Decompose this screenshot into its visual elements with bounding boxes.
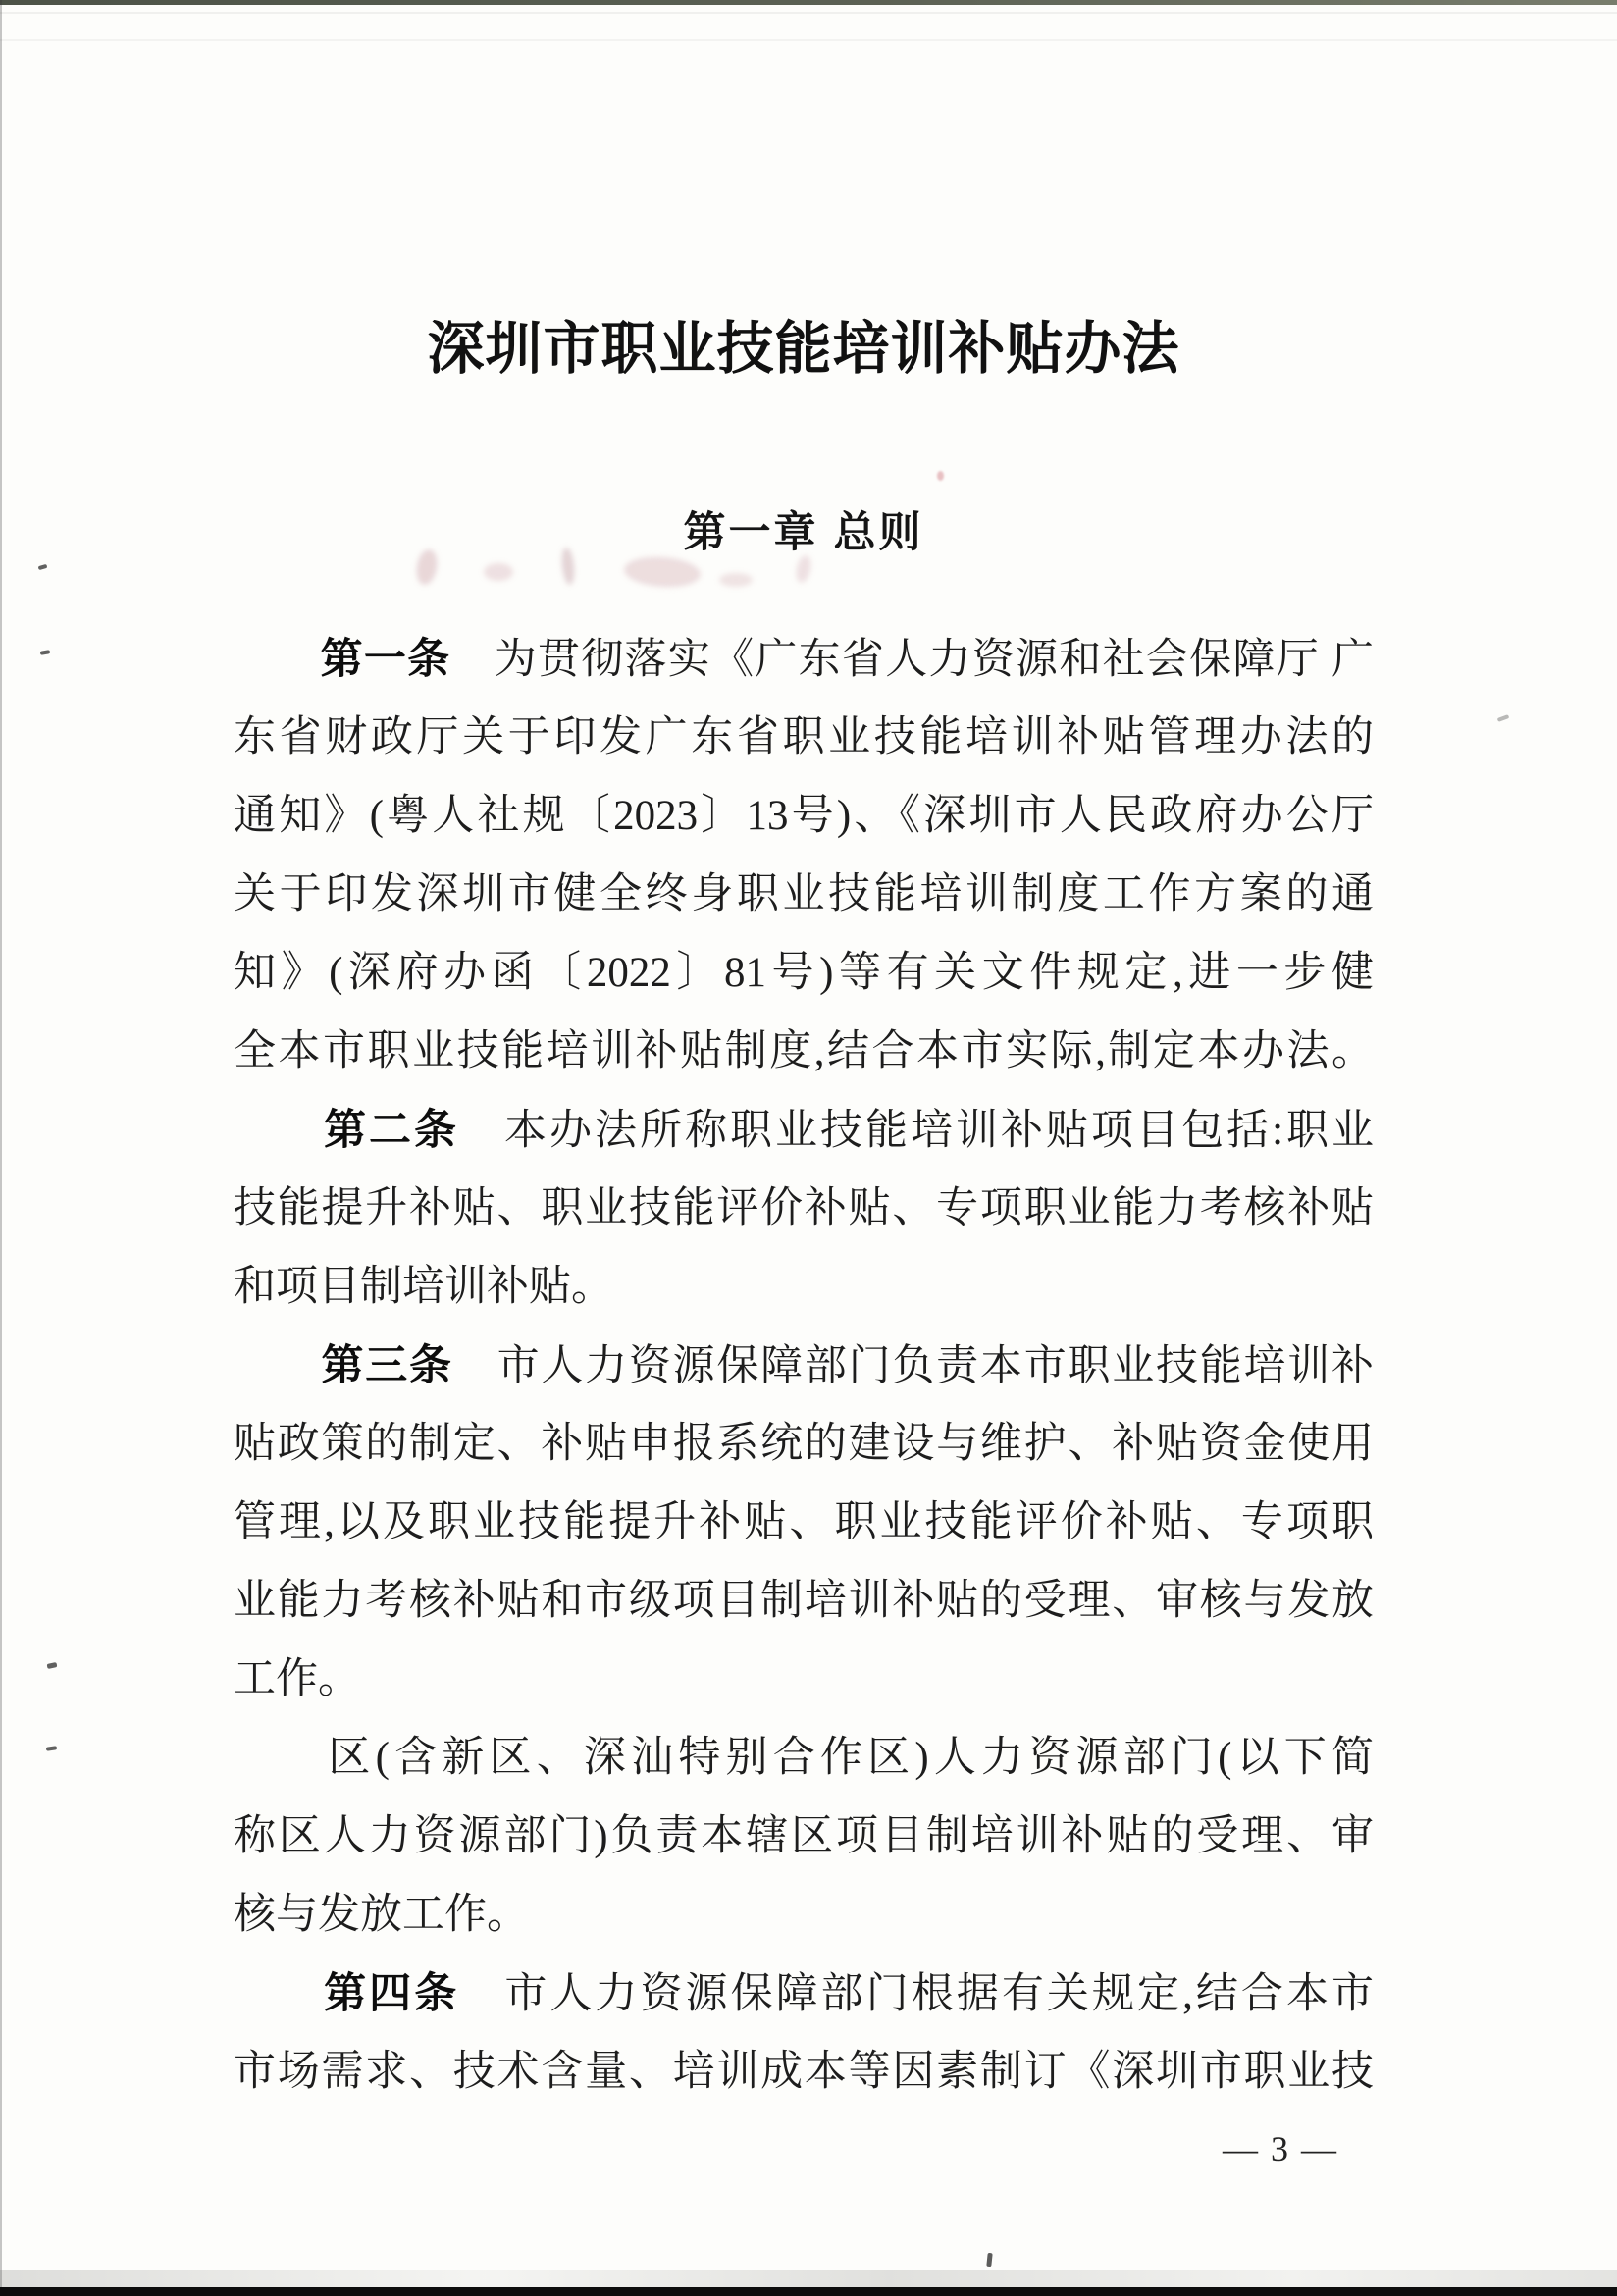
scan-edge-top (0, 0, 1617, 5)
body-text: 为贯彻落实《广东省人力资源和社会保障厅 广 (450, 637, 1374, 683)
body-line: 知》(深府办函〔2022〕81号)等有关文件规定,进一步健 (234, 934, 1374, 1013)
scan-faint-line (0, 39, 1617, 41)
scan-edge-top-shadow (0, 12, 1617, 14)
document-page: 深圳市职业技能培训补贴办法 第一章 总则 第一条 为贯彻落实《广东省人力资源和社… (0, 0, 1617, 2296)
scan-edge-bottom (0, 2287, 1617, 2296)
body-line: 关于印发深圳市健全终身职业技能培训制度工作方案的通 (234, 856, 1374, 934)
body-text: 关于印发深圳市健全终身职业技能培训制度工作方案的通 (234, 871, 1374, 917)
scan-edge-bottom-gray (0, 2270, 1617, 2288)
dust-speck (38, 564, 48, 570)
body-text: 市场需求、技术含量、培训成本等因素制订《深圳市职业技 (234, 2049, 1374, 2095)
body-line: 贴政策的制定、补贴申报系统的建设与维护、补贴资金使用 (234, 1405, 1374, 1484)
body-text: 核与发放工作。 (234, 1892, 529, 1938)
scan-smudge (623, 554, 702, 589)
scan-smudge (937, 471, 944, 481)
body-text: 和项目制培训补贴。 (234, 1264, 613, 1310)
dust-speck (47, 1662, 58, 1669)
chapter-heading: 第一章 总则 (234, 506, 1374, 559)
body-text: 东省财政厅关于印发广东省职业技能培训补贴管理办法的 (234, 714, 1374, 760)
body-text: 全本市职业技能培训补贴制度,结合本市实际,制定本办法。 (234, 1028, 1374, 1074)
article-label: 第三条 (322, 1342, 453, 1389)
body-line: 业能力考核补贴和市级项目制培训补贴的受理、审核与发放 (234, 1562, 1374, 1641)
body-line: 第一条 为贯彻落实《广东省人力资源和社会保障厅 广 (234, 620, 1374, 699)
article-label: 第一条 (321, 636, 451, 683)
dust-speck (40, 650, 51, 655)
body-line: 技能提升补贴、职业技能评价补贴、专项职业能力考核补贴 (234, 1170, 1374, 1248)
body-line: 管理,以及职业技能提升补贴、职业技能评价补贴、专项职 (234, 1484, 1374, 1562)
article-label: 第二条 (324, 1107, 459, 1154)
body-line: 工作。 (234, 1641, 1374, 1719)
body-line: 市场需求、技术含量、培训成本等因素制订《深圳市职业技 (234, 2033, 1374, 2112)
body-text: 称区人力资源部门)负责本辖区项目制培训补贴的受理、审 (234, 1813, 1374, 1859)
document-body: 第一条 为贯彻落实《广东省人力资源和社会保障厅 广东省财政厅关于印发广东省职业技… (234, 620, 1374, 2112)
body-line: 第四条 市人力资源保障部门根据有关规定,结合本市 (234, 1955, 1374, 2033)
body-text: 市人力资源保障部门根据有关规定,结合本市 (459, 1971, 1374, 2017)
scan-smudge (484, 563, 513, 581)
body-text: 区(含新区、深汕特别合作区)人力资源部门(以下简 (234, 1735, 1374, 1781)
dust-speck (1497, 714, 1510, 722)
body-text: 通知》(粤人社规〔2023〕13号)、《深圳市人民政府办公厅 (234, 793, 1374, 839)
body-line: 东省财政厅关于印发广东省职业技能培训补贴管理办法的 (234, 699, 1374, 777)
body-text: 知》(深府办函〔2022〕81号)等有关文件规定,进一步健 (234, 950, 1374, 996)
body-line: 第二条 本办法所称职业技能培训补贴项目包括:职业 (234, 1091, 1374, 1170)
body-line: 核与发放工作。 (234, 1876, 1374, 1955)
document-title: 深圳市职业技能培训补贴办法 (234, 315, 1374, 384)
body-text: 管理,以及职业技能提升补贴、职业技能评价补贴、专项职 (234, 1499, 1374, 1545)
body-text (234, 1108, 324, 1154)
body-line: 第三条 市人力资源保障部门负责本市职业技能培训补 (234, 1327, 1374, 1405)
body-text: 本办法所称职业技能培训补贴项目包括:职业 (459, 1108, 1374, 1154)
dust-speck (46, 1746, 57, 1750)
body-line: 和项目制培训补贴。 (234, 1248, 1374, 1327)
body-text (234, 1343, 322, 1389)
body-text: 市人力资源保障部门负责本市职业技能培训补 (453, 1343, 1374, 1389)
body-text: 技能提升补贴、职业技能评价补贴、专项职业能力考核补贴 (234, 1185, 1374, 1231)
body-text: 贴政策的制定、补贴申报系统的建设与维护、补贴资金使用 (234, 1421, 1374, 1467)
body-line: 全本市职业技能培训补贴制度,结合本市实际,制定本办法。 (234, 1013, 1374, 1091)
body-text (234, 637, 321, 683)
body-line: 区(含新区、深汕特别合作区)人力资源部门(以下简 (234, 1719, 1374, 1798)
article-label: 第四条 (324, 1970, 459, 2017)
dust-speck (986, 2253, 992, 2267)
body-line: 通知》(粤人社规〔2023〕13号)、《深圳市人民政府办公厅 (234, 777, 1374, 856)
body-line: 称区人力资源部门)负责本辖区项目制培训补贴的受理、审 (234, 1798, 1374, 1876)
page-number: — 3 — (1182, 2127, 1379, 2170)
scan-edge-left (0, 0, 2, 2296)
body-text (234, 1971, 324, 2017)
scan-smudge (719, 573, 753, 587)
body-text: 工作。 (234, 1656, 360, 1702)
body-text: 业能力考核补贴和市级项目制培训补贴的受理、审核与发放 (234, 1578, 1374, 1624)
